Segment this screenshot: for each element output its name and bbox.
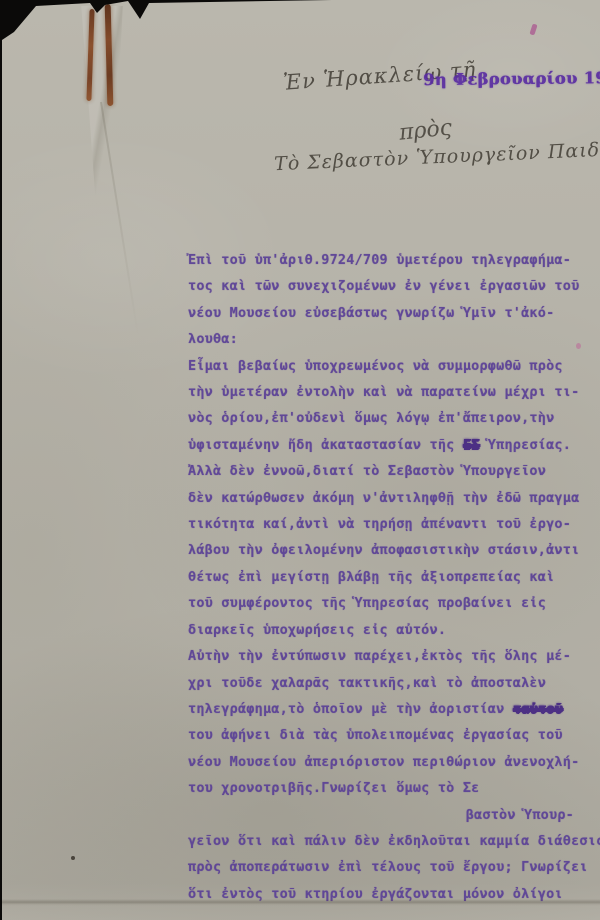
fold-shadow <box>2 899 600 906</box>
typed-line: διαρκεῖς ὑποχωρήσεις εἰς αὐτόν. <box>188 617 580 643</box>
typed-line: νέου Μουσείου ἀπεριόριστον περιθώριον ἀν… <box>188 749 580 775</box>
staple-rust-mark <box>105 4 114 106</box>
typed-line: βαστὸν Ὑπουρ- <box>188 802 580 828</box>
typed-line: του ἀφήνει διὰ τὰς ὑπολειπομένας ἐργασία… <box>188 722 580 748</box>
typed-line: τος καὶ τῶν συνεχιζομένων ἐν γένει ἐργασ… <box>188 273 580 299</box>
typed-line: τικότητα καί,ἀντὶ νὰ τηρήσῃ ἀπέναντι τοῦ… <box>188 511 580 537</box>
scanned-letter-page: Ἐν Ἡρακλείῳ τῇ 9η Φεβρουαρίου 1938 πρὸς … <box>0 0 600 920</box>
overstruck-text: ταὐτοῦ <box>513 701 563 717</box>
typed-line: πρὸς ἀποπεράτωσιν ἐπὶ τέλους τοῦ ἔργου; … <box>188 854 580 880</box>
handwritten-addressee: Τὸ Σεβαστὸν Ὑπουργεῖον Παιδείας. <box>274 137 600 175</box>
typed-line: τοῦ συμφέροντος τῆς Ὑπηρεσίας προβαίνει … <box>188 590 580 616</box>
typed-line: Ἀλλὰ δὲν ἐννοῶ,διατί τὸ Σεβαστὸν Ὑπουργε… <box>188 458 580 484</box>
typed-line: ὑφισταμένην ἤδη ἀκαταστασίαν τῆς ΕΣ Ὑπηρ… <box>188 432 580 458</box>
typed-letter-body: Ἐπὶ τοῦ ὑπ'ἀριθ.9724/709 ὑμετέρου τηλεγρ… <box>188 247 580 907</box>
typed-line: δὲν κατώρθωσεν ἀκόμη ν'ἀντιληφθῇ τὴν ἐδῶ… <box>188 485 580 511</box>
typed-line: νέου Μουσείου εὐσεβάστως γνωρίζω Ὑμῖν τ'… <box>188 300 580 326</box>
typed-line: λουθα: <box>188 326 580 352</box>
typed-line: Αὐτὴν τὴν ἐντύπωσιν παρέχει,ἐκτὸς τῆς ὅλ… <box>188 643 580 669</box>
paper-crease <box>100 102 139 337</box>
typed-line: Ἐπὶ τοῦ ὑπ'ἀριθ.9724/709 ὑμετέρου τηλεγρ… <box>188 247 580 273</box>
ink-dot <box>576 343 581 349</box>
handwritten-salutation: πρὸς <box>398 115 453 145</box>
typed-line: θέτως ἐπὶ μεγίστῃ βλάβῃ τῆς ἀξιοπρεπείας… <box>188 564 580 590</box>
typed-line: Εἶμαι βεβαίως ὑποχρεωμένος νὰ συμμορφωθῶ… <box>188 353 580 379</box>
paper-sheet: Ἐν Ἡρακλείῳ τῇ 9η Φεβρουαρίου 1938 πρὸς … <box>2 0 600 920</box>
date-stamp: 9η Φεβρουαρίου 1938 <box>423 68 600 89</box>
paper-speck <box>71 856 75 860</box>
typed-line: γεῖον ὅτι καὶ πάλιν δὲν ἐκδηλοῦται καμμί… <box>188 828 580 854</box>
typed-line: λάβου τὴν ὀφειλομένην ἀποφασιστικὴν στάσ… <box>188 537 580 563</box>
overstruck-text: ΕΣ <box>463 437 480 453</box>
typed-text: ὑφισταμένην ἤδη ἀκαταστασίαν τῆς <box>188 437 463 453</box>
typed-line: νὸς ὁρίου,ἐπ'οὐδενὶ ὅμως λόγῳ ἐπ'ἄπειρον… <box>188 405 580 431</box>
staple-rust-mark <box>86 9 94 101</box>
typed-line: τὴν ὑμετέραν ἐντολὴν καὶ νὰ παρατείνω μέ… <box>188 379 580 405</box>
typed-line: του χρονοτριβῆς.Γνωρίζει ὅμως τὸ Σε <box>188 775 580 801</box>
typed-line: χρι τοῦδε χαλαρᾶς τακτικῆς,καὶ τὸ ἀποστα… <box>188 670 580 696</box>
typed-text: τηλεγράφημα,τὸ ὁποῖον μὲ τὴν ἀοριστίαν <box>188 701 513 717</box>
typed-text: Ὑπηρεσίας. <box>479 437 571 453</box>
typed-line: τηλεγράφημα,τὸ ὁποῖον μὲ τὴν ἀοριστίαν τ… <box>188 696 580 722</box>
ink-mark <box>529 23 537 35</box>
